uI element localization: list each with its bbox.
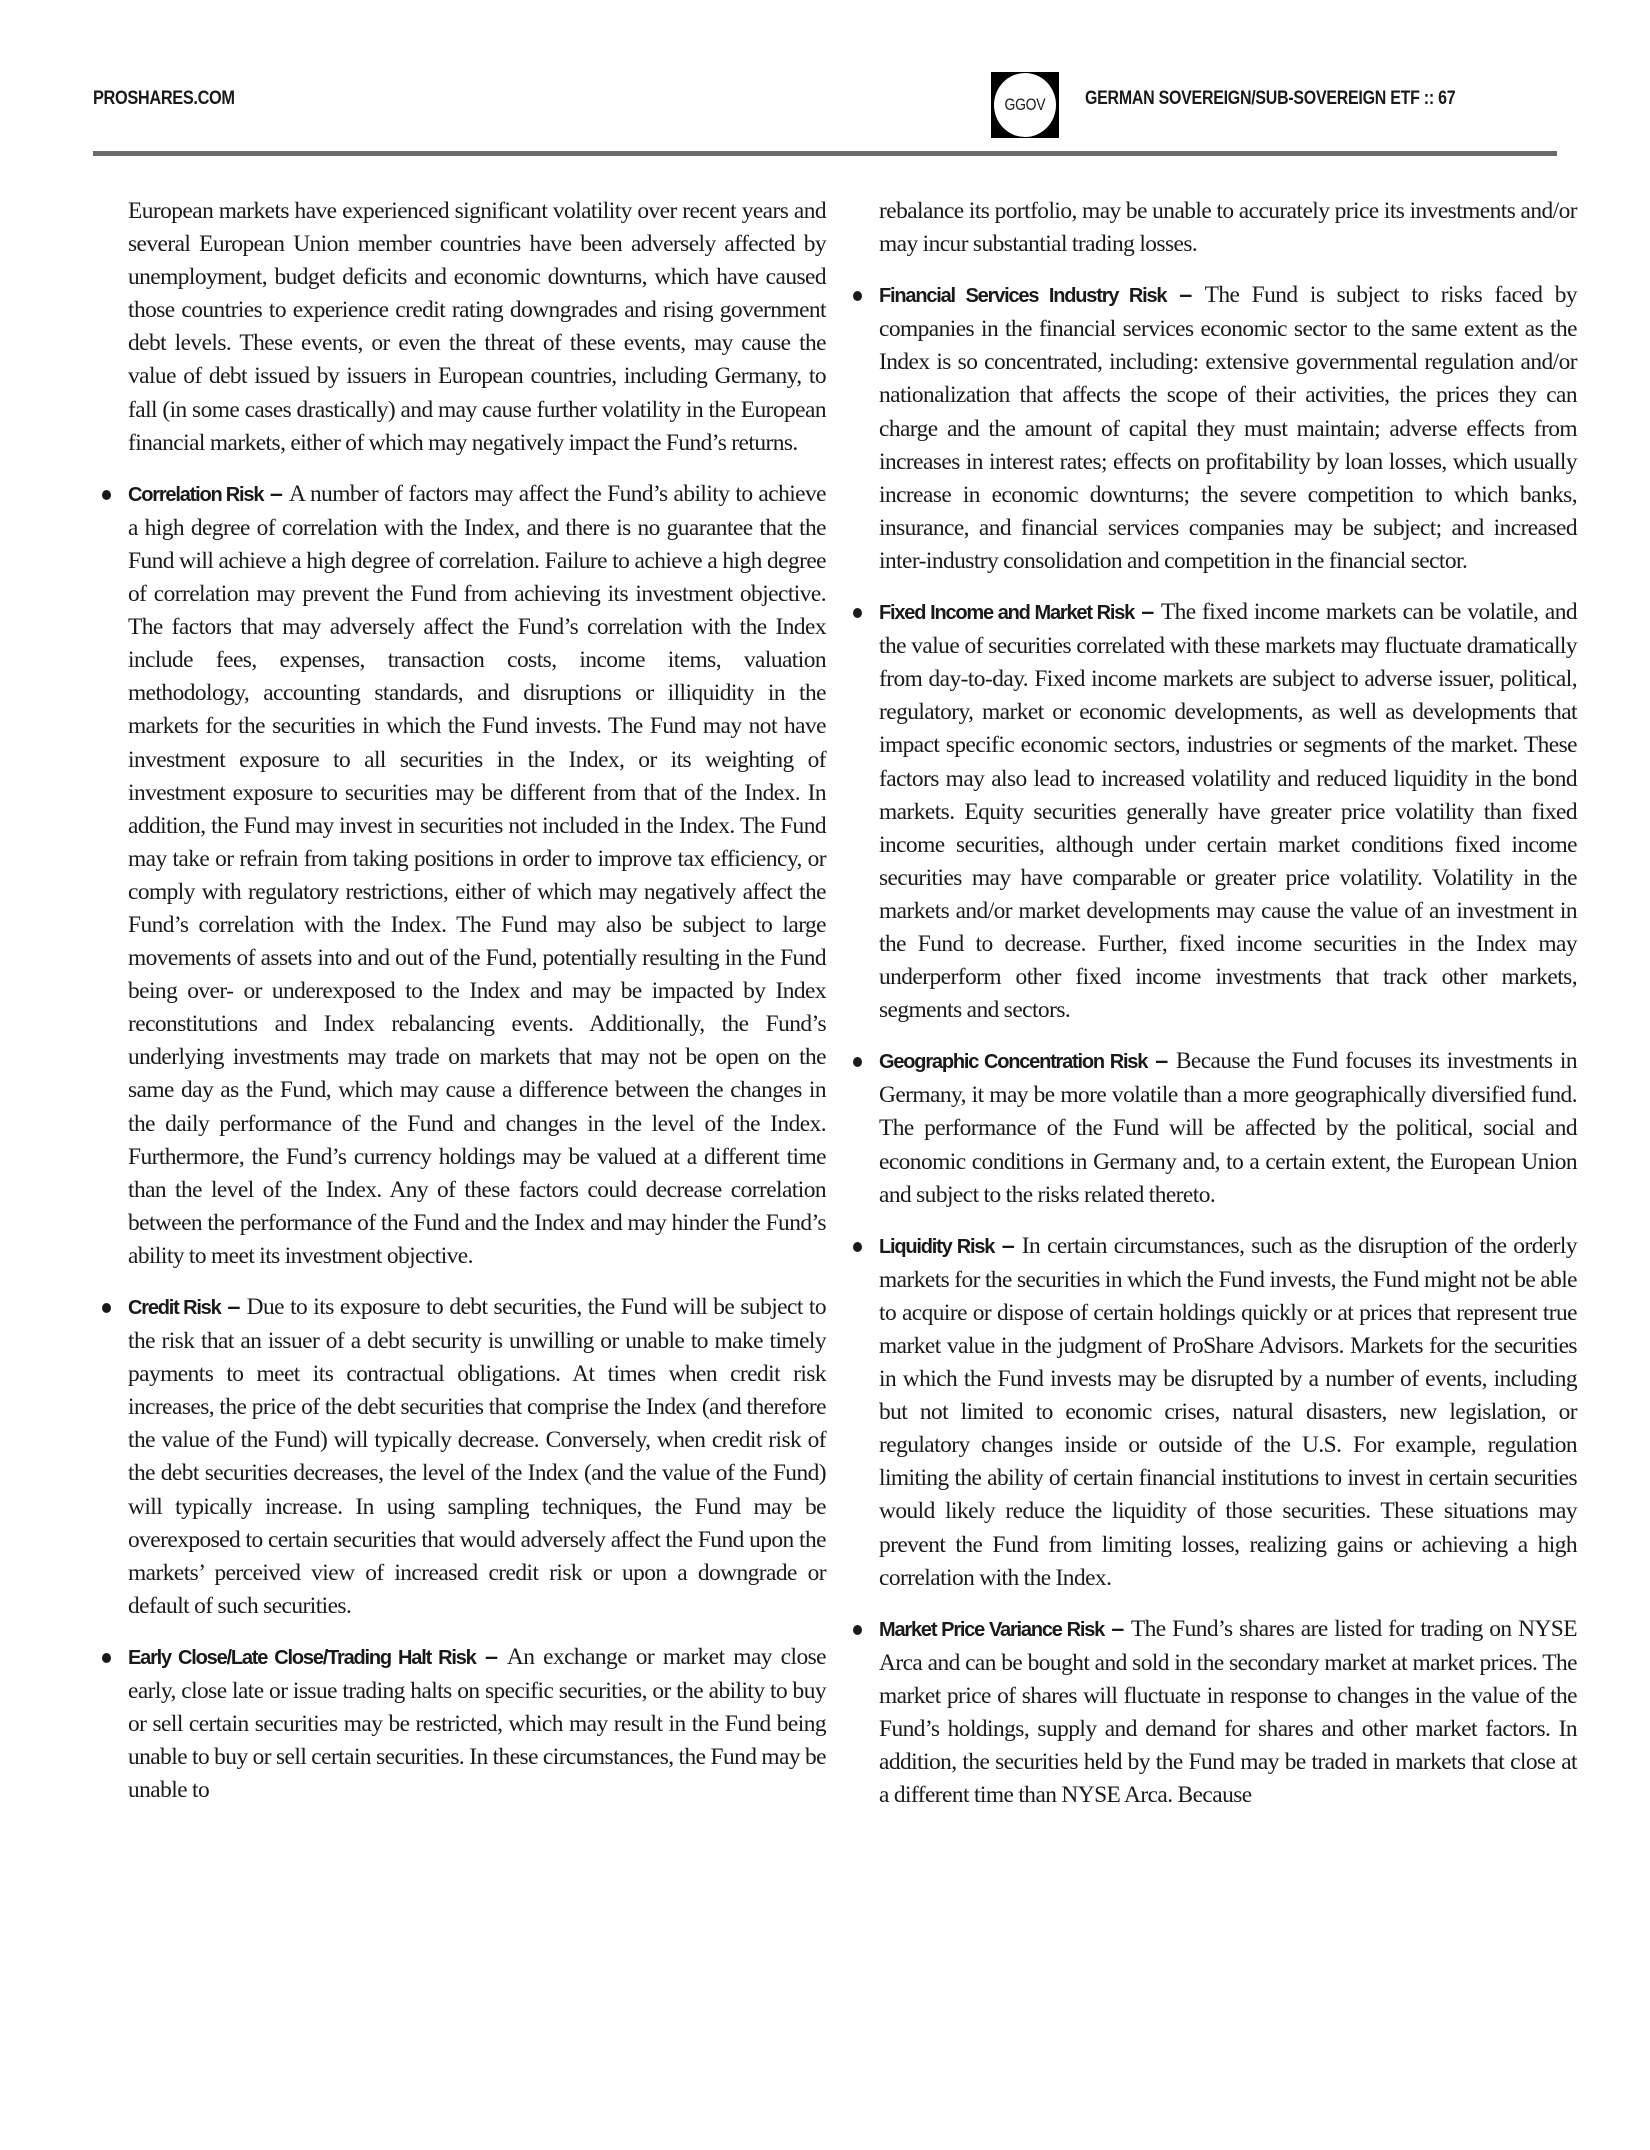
ticker-label: GGOV bbox=[1005, 95, 1046, 115]
bullet-icon bbox=[853, 608, 862, 618]
bullet-icon bbox=[853, 1242, 862, 1252]
ticker-badge-circle: GGOV bbox=[994, 73, 1056, 137]
risk-text: In certain circumstances, such as the di… bbox=[879, 1233, 1577, 1591]
risk-item-early-close: Early Close/Late Close/Trading Halt Risk… bbox=[128, 1640, 826, 1807]
risk-dash: – bbox=[221, 1293, 247, 1319]
risk-label: Geographic Concentration Risk bbox=[879, 1051, 1147, 1073]
risk-item-market-price-variance: Market Price Variance Risk – The Fund’s … bbox=[879, 1612, 1577, 1813]
risk-label: Liquidity Risk bbox=[879, 1236, 994, 1258]
risk-dash: – bbox=[994, 1232, 1022, 1258]
risk-text: A number of factors may affect the Fund’… bbox=[128, 481, 826, 1269]
left-column: European markets have experienced signif… bbox=[128, 195, 826, 1824]
intro-paragraph: European markets have experienced signif… bbox=[128, 195, 826, 460]
risk-dash: – bbox=[476, 1643, 507, 1669]
risk-item-fixed-income: Fixed Income and Market Risk – The fixed… bbox=[879, 595, 1577, 1027]
site-name: PROSHARES.COM bbox=[93, 88, 235, 110]
risk-label: Financial Services Industry Risk bbox=[879, 285, 1166, 307]
risk-text: The Fund is subject to risks faced by co… bbox=[879, 282, 1577, 574]
bullet-icon bbox=[102, 490, 111, 500]
risk-dash: – bbox=[1166, 281, 1204, 307]
risk-dash: – bbox=[1104, 1615, 1131, 1641]
page-header: PROSHARES.COM GGOV GERMAN SOVEREIGN/SUB-… bbox=[0, 0, 1650, 160]
risk-text: Due to its exposure to debt securities, … bbox=[128, 1294, 826, 1619]
risk-item-liquidity: Liquidity Risk – In certain circumstance… bbox=[879, 1229, 1577, 1595]
risk-item-credit: Credit Risk – Due to its exposure to deb… bbox=[128, 1290, 826, 1623]
risk-text: The fixed income markets can be volatile… bbox=[879, 599, 1577, 1023]
risk-item-financial-services: Financial Services Industry Risk – The F… bbox=[879, 278, 1577, 578]
page-title: GERMAN SOVEREIGN/SUB-SOVEREIGN ETF :: 67 bbox=[1085, 88, 1455, 110]
bullet-icon bbox=[853, 1625, 862, 1635]
risk-text: The Fund’s shares are listed for trading… bbox=[879, 1616, 1577, 1808]
risk-dash: – bbox=[263, 480, 289, 506]
risk-item-correlation: Correlation Risk – A number of factors m… bbox=[128, 477, 826, 1273]
risk-label: Early Close/Late Close/Trading Halt Risk bbox=[128, 1647, 476, 1669]
risk-dash: – bbox=[1147, 1047, 1176, 1073]
risk-label: Fixed Income and Market Risk bbox=[879, 602, 1134, 624]
risk-label: Credit Risk bbox=[128, 1297, 221, 1319]
continuation-paragraph: rebalance its portfolio, may be unable t… bbox=[879, 195, 1577, 261]
bullet-icon bbox=[853, 291, 862, 301]
risk-dash: – bbox=[1134, 598, 1161, 624]
ticker-badge: GGOV bbox=[991, 72, 1059, 138]
bullet-icon bbox=[102, 1303, 111, 1313]
risk-label: Correlation Risk bbox=[128, 484, 263, 506]
header-divider bbox=[93, 151, 1557, 156]
bullet-icon bbox=[853, 1057, 862, 1067]
right-column: rebalance its portfolio, may be unable t… bbox=[879, 195, 1577, 1829]
risk-label: Market Price Variance Risk bbox=[879, 1619, 1104, 1641]
risk-item-geographic: Geographic Concentration Risk – Because … bbox=[879, 1044, 1577, 1211]
bullet-icon bbox=[102, 1653, 111, 1663]
